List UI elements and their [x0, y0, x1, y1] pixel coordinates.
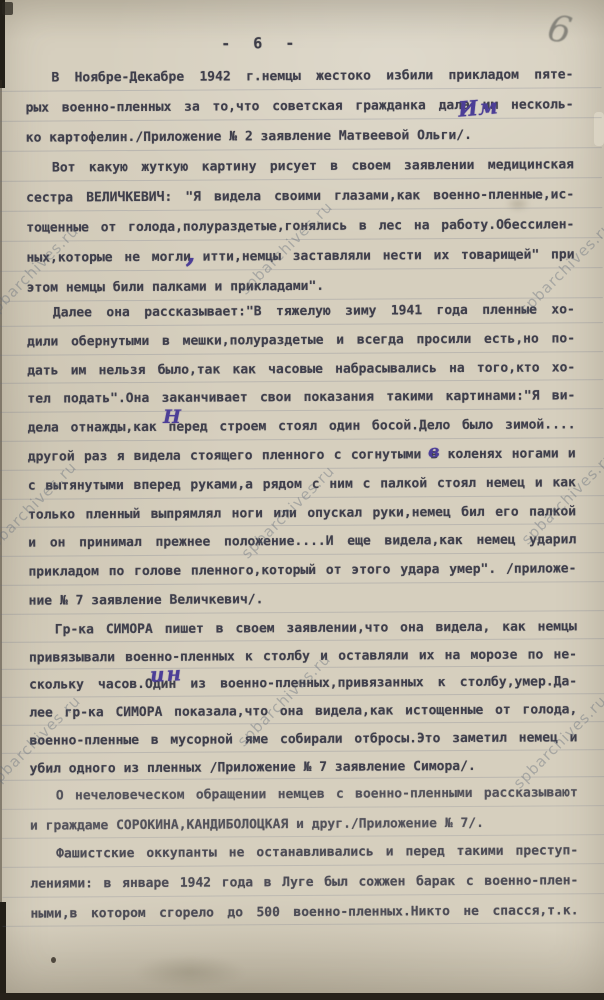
typed-line: с вытянутыми вперед руками,а рядом с ним… [28, 469, 576, 501]
ink-annotation: Н [163, 406, 181, 428]
paragraph: Далее она рассказывает:"В тяжелую зиму 1… [27, 296, 577, 616]
paragraph: Фашистские оккупанты не останавливались … [30, 836, 579, 929]
typed-line: О нечеловеческом обращении немцев с воен… [30, 778, 578, 811]
typed-line: и он принимал прежнее положение....И еще… [28, 527, 576, 559]
typed-line: лее гр-ка СИМОРА показала,что она видела… [29, 696, 577, 727]
paragraph: Гр-ка СИМОРА пишет в своем заявлении,что… [29, 613, 578, 783]
typed-line: привязывали военно-пленных к столбу и ос… [29, 641, 577, 672]
typed-line: тел подать".Она заканчивает свои показан… [27, 383, 575, 415]
typed-line: прикладом по голове пленного,который от … [28, 555, 576, 587]
typed-line: ние № 7 заявление Величкевич/. [29, 584, 577, 616]
typed-line: и граждаме СОРОКИНА,КАНДИБОЛОЦКАЯ и друг… [30, 808, 578, 841]
typed-line: тощенные от голода,полураздетые,гонялись… [26, 210, 574, 243]
ink-annotation: Им [457, 93, 499, 121]
ink-annotation: , [186, 238, 195, 269]
typed-line: ко картофелин./Приложение № 2 заявление … [26, 120, 574, 153]
typed-line: Фашистские оккупанты не останавливались … [30, 836, 578, 869]
typed-line: Вот какую жуткую картину рисует в своем … [26, 150, 574, 183]
page-number: - 6 - [221, 34, 301, 52]
typed-line: только пленный выпрямлял ноги или опуска… [28, 498, 576, 530]
typed-line: другой раз я видела стоящего пленного с … [28, 440, 576, 472]
paragraph: О нечеловеческом обращении немцев с воен… [30, 778, 578, 840]
typed-line: дела отнажды,как перед строем стоял один… [27, 412, 575, 444]
typed-line: лениями: в январе 1942 года в Луге был с… [30, 866, 578, 899]
typed-line: ных,которые не могли итти,немцы заставля… [26, 240, 574, 273]
typed-line: скольку часов.Один из военно-пленных,при… [29, 669, 577, 700]
typed-line: В Ноябре-Декабре 1942 г.немцы жестоко из… [25, 60, 573, 93]
typed-line: ными,в котором сгорело до 500 военно-пле… [30, 896, 578, 929]
typed-line: Гр-ка СИМОРА пишет в своем заявлении,что… [29, 613, 577, 644]
document-page: - 6 - В Ноябре-Декабре 1942 г.немцы жест… [0, 0, 604, 1000]
ink-annotation: в [428, 441, 440, 462]
typed-line: военно-пленные в мусорной яме собирали о… [29, 724, 577, 755]
typed-line: сестра ВЕЛИЧКЕВИЧ: "Я видела своими глаз… [26, 180, 574, 213]
typed-line: дать им нельзя было,так как часовые набр… [27, 354, 575, 386]
ink-annotation: ин [149, 661, 183, 687]
paragraph: Вот какую жуткую картину рисует в своем … [26, 150, 575, 303]
typed-text-layer: - 6 - В Ноябре-Декабре 1942 г.немцы жест… [0, 0, 604, 1000]
typed-line: дили обернутыми в мешки,полураздетые и в… [27, 325, 575, 357]
typed-line: Далее она рассказывает:"В тяжелую зиму 1… [27, 296, 575, 328]
